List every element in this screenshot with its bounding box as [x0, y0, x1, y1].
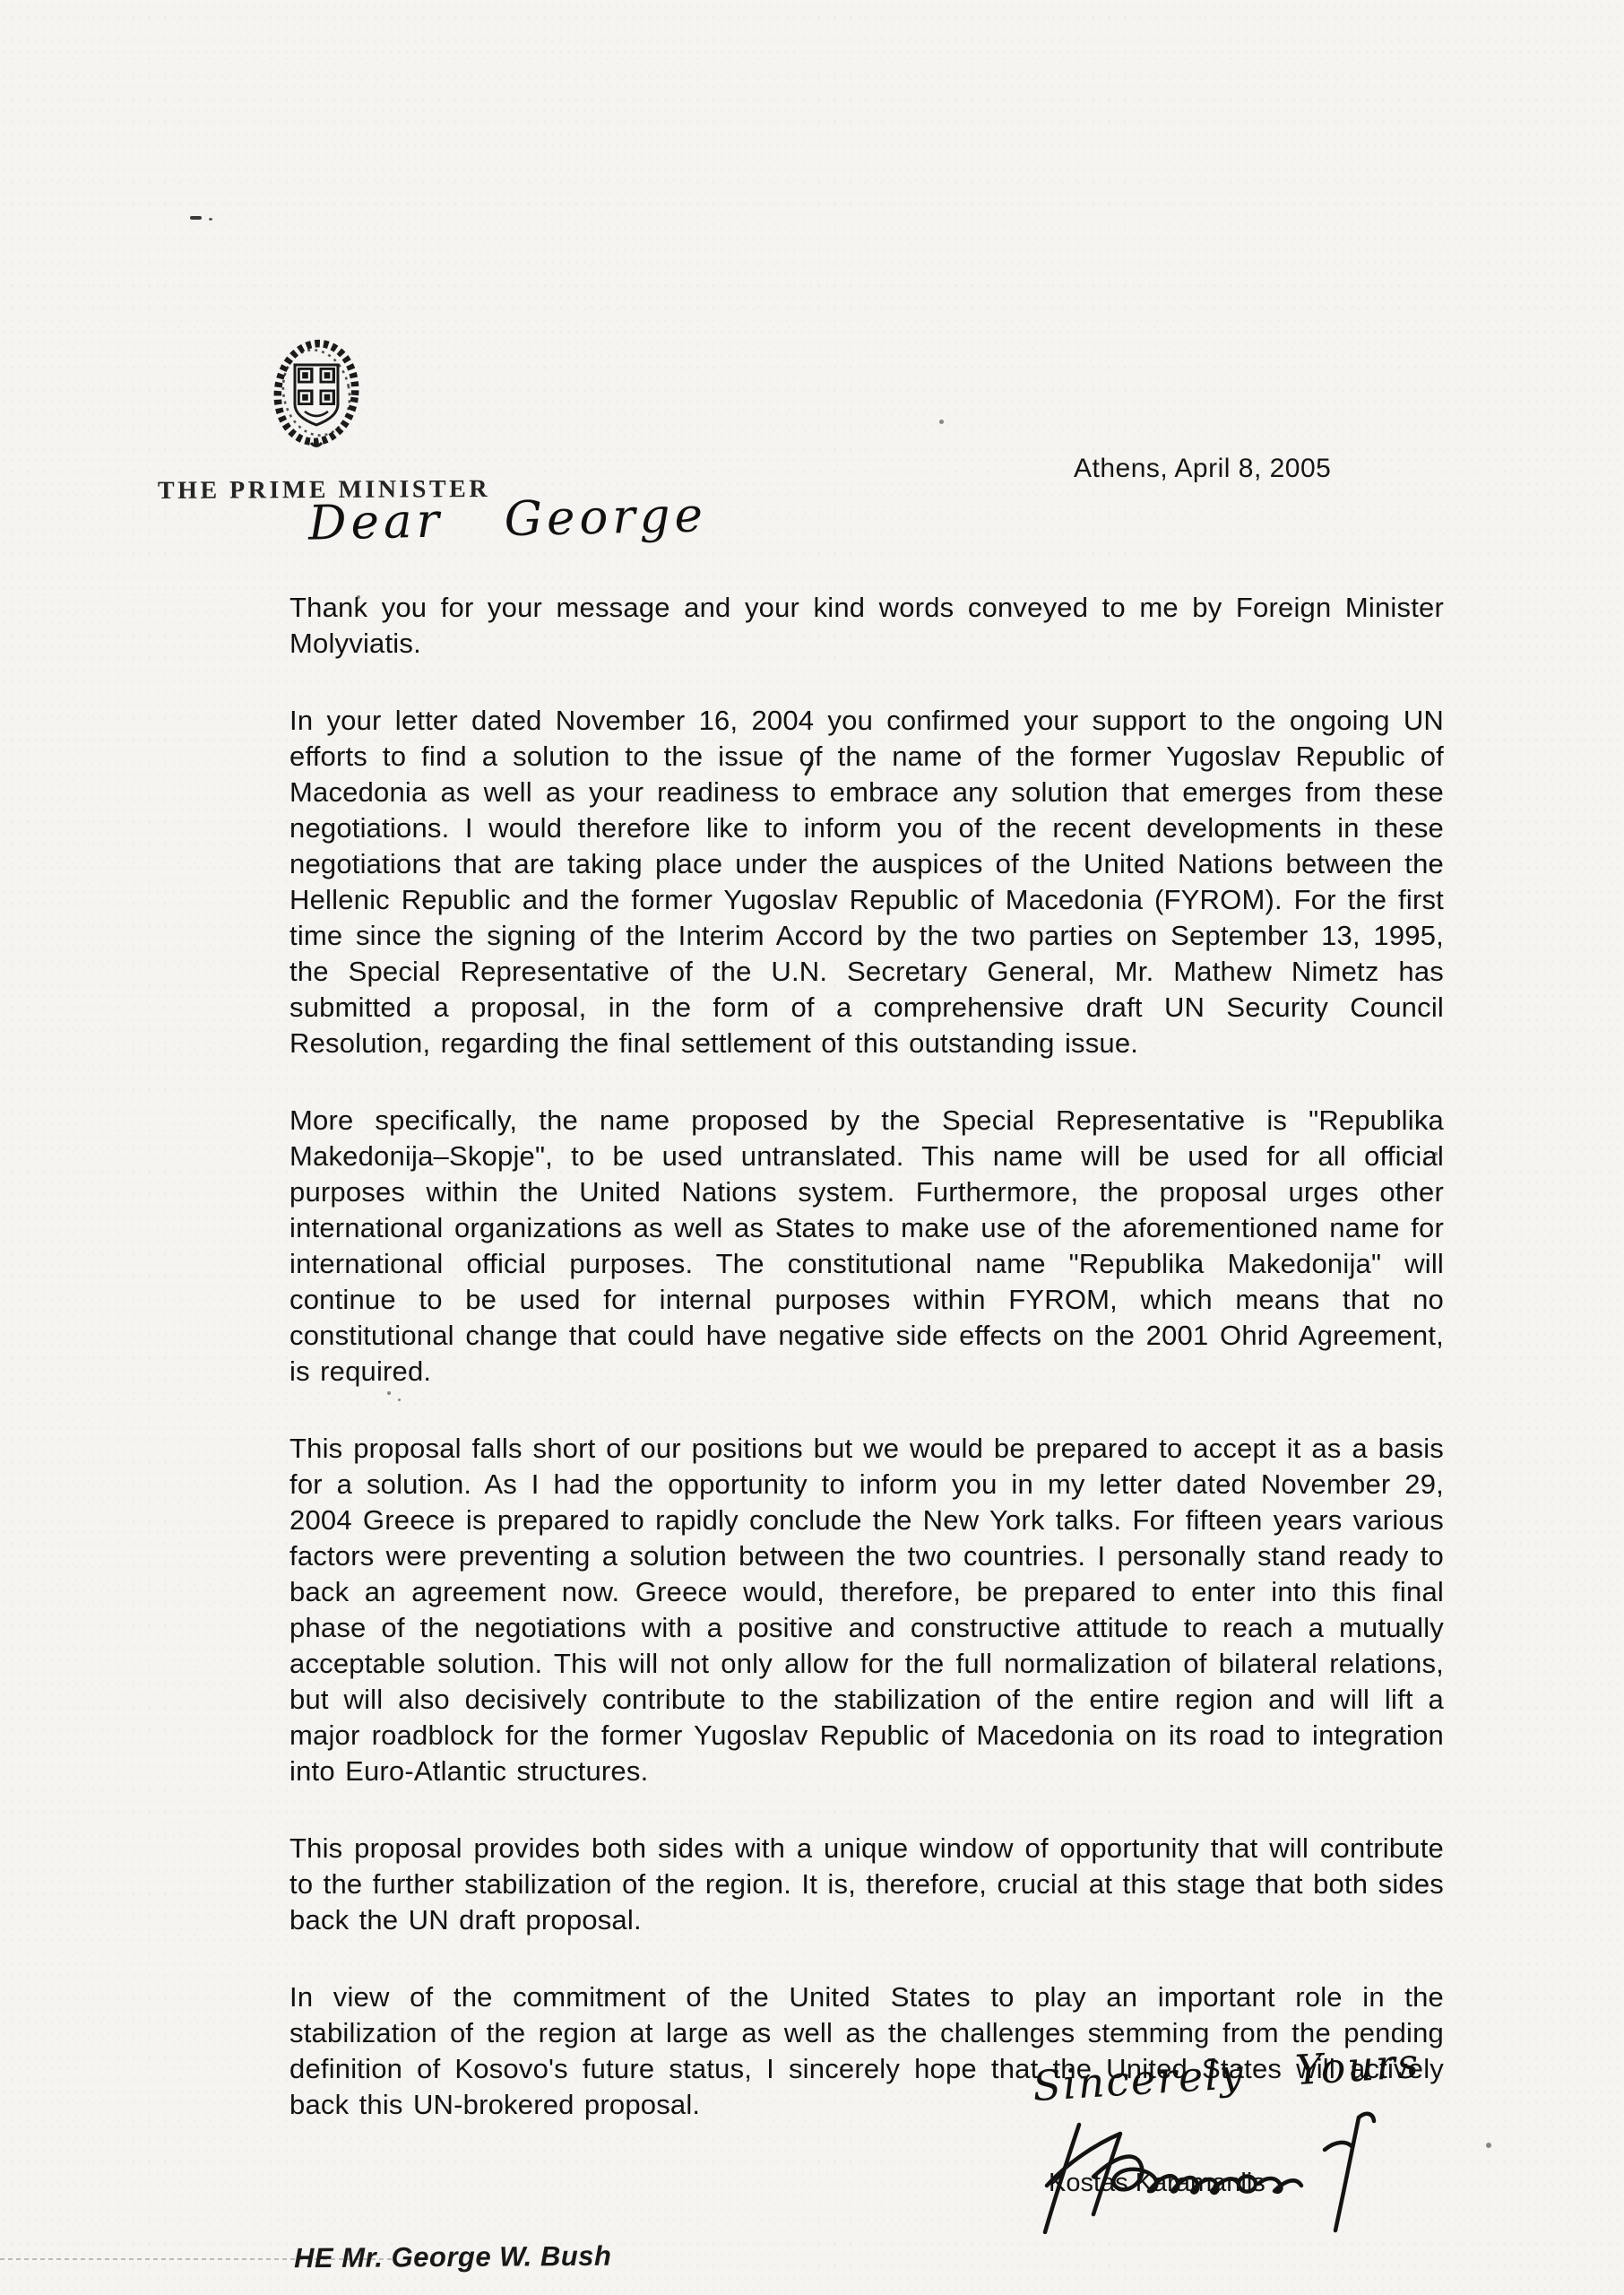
dateline: Athens, April 8, 2005: [1074, 454, 1331, 484]
letter-paragraph: This proposal provides both sides with a…: [289, 1831, 1444, 1938]
salutation-handwritten: Dear George: [307, 488, 707, 550]
scanned-letter-page: THE PRIME MINISTER Athens, April 8, 2005…: [0, 0, 1624, 2295]
scan-speck: [939, 420, 944, 424]
scan-artifact-dot: [209, 218, 212, 221]
letter-paragraph: More specifically, the name proposed by …: [289, 1103, 1444, 1390]
signer-name: Kostas Karamanlis: [1049, 2169, 1266, 2198]
greek-coat-of-arms-emblem-icon: [272, 337, 361, 452]
scan-speck: [1486, 2143, 1491, 2148]
letter-paragraph: Thank you for your message and your kind…: [289, 590, 1444, 662]
addressee-line: HE Mr. George W. Bush: [294, 2240, 612, 2274]
letter-paragraph: In your letter dated November 16, 2004 y…: [289, 703, 1444, 1061]
scan-artifact-dash: [190, 216, 202, 220]
letter-body: Thank you for your message and your kind…: [289, 590, 1444, 2164]
signature-scribble: [993, 2100, 1450, 2234]
letter-paragraph: This proposal falls short of our positio…: [289, 1431, 1444, 1789]
